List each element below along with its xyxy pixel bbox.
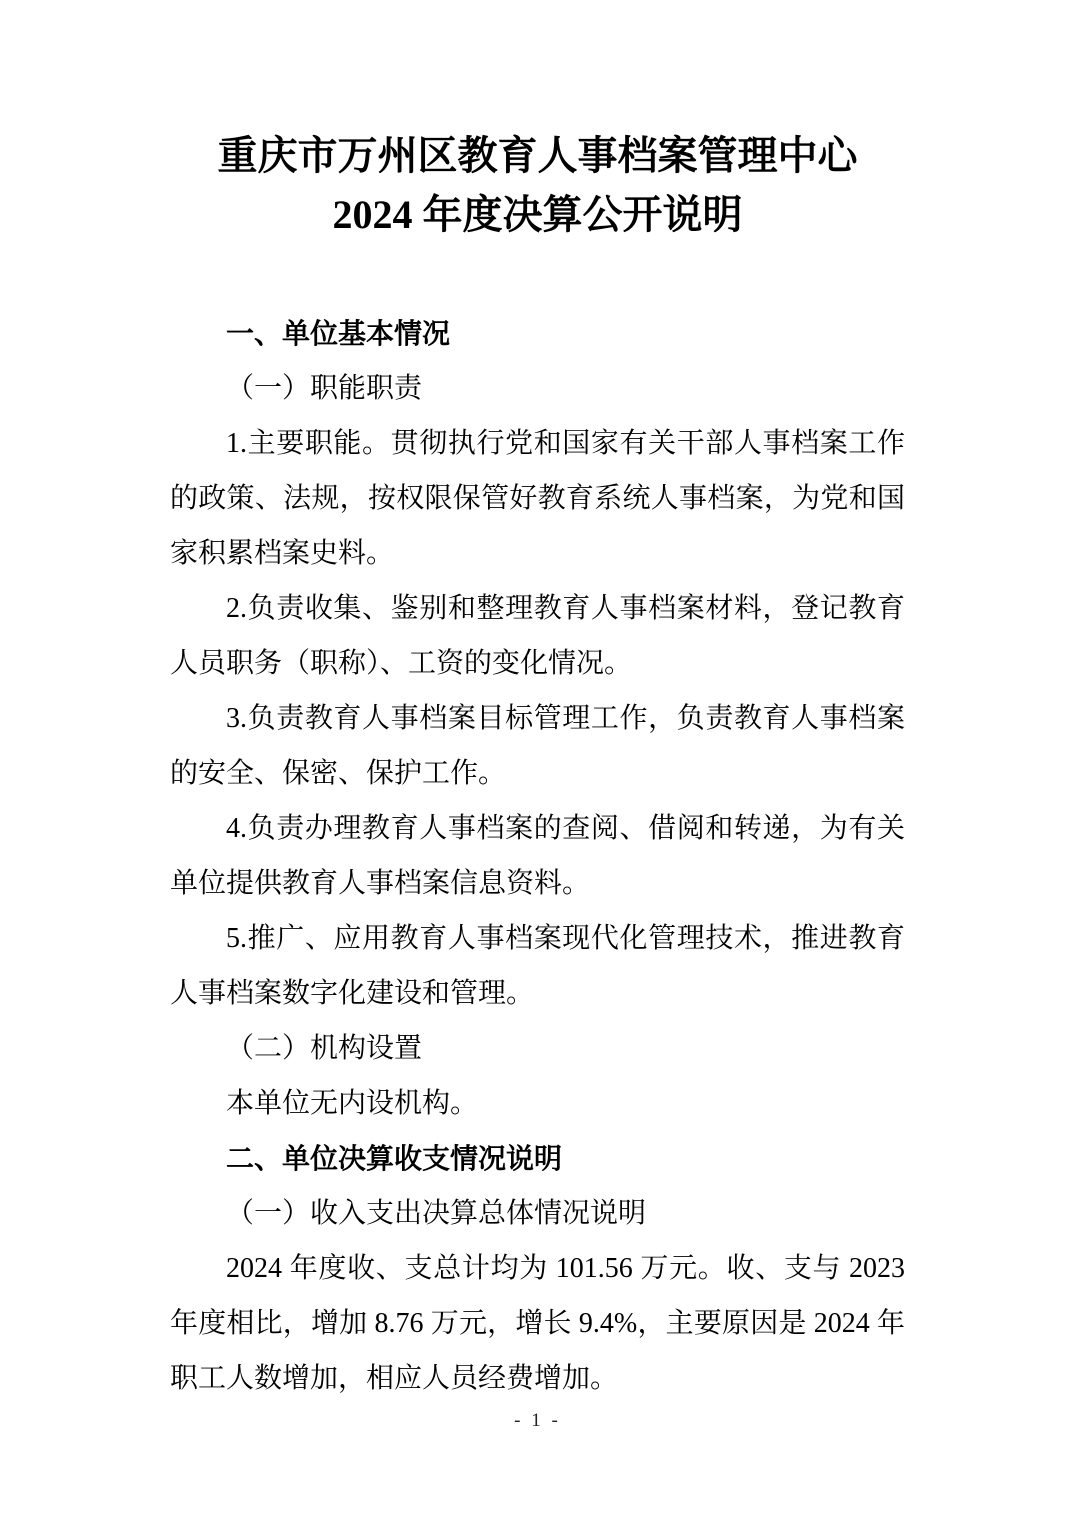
sub-heading-org-structure: （二）机构设置 bbox=[170, 1021, 905, 1076]
paragraph-org-structure: 本单位无内设机构。 bbox=[170, 1076, 905, 1131]
document-content: 重庆市万州区教育人事档案管理中心 2024 年度决算公开说明 一、单位基本情况 … bbox=[170, 0, 905, 1406]
section-heading-budget-statement: 二、单位决算收支情况说明 bbox=[170, 1131, 905, 1186]
paragraph-duty-5: 5.推广、应用教育人事档案现代化管理技术，推进教育人事档案数字化建设和管理。 bbox=[170, 911, 905, 1021]
document-title: 重庆市万州区教育人事档案管理中心 2024 年度决算公开说明 bbox=[170, 0, 905, 244]
paragraph-duty-4: 4.负责办理教育人事档案的查阅、借阅和转递，为有关单位提供教育人事档案信息资料。 bbox=[170, 801, 905, 911]
paragraph-duty-1: 1.主要职能。贯彻执行党和国家有关干部人事档案工作的政策、法规，按权限保管好教育… bbox=[170, 416, 905, 581]
sub-heading-functions-duties: （一）职能职责 bbox=[170, 361, 905, 416]
sub-heading-revenue-expenditure-overview: （一）收入支出决算总体情况说明 bbox=[170, 1186, 905, 1241]
document-body: 一、单位基本情况 （一）职能职责 1.主要职能。贯彻执行党和国家有关干部人事档案… bbox=[170, 306, 905, 1406]
document-title-line2: 2024 年度决算公开说明 bbox=[170, 185, 905, 244]
paragraph-duty-2: 2.负责收集、鉴别和整理教育人事档案材料，登记教育人员职务（职称）、工资的变化情… bbox=[170, 581, 905, 691]
document-title-line1: 重庆市万州区教育人事档案管理中心 bbox=[170, 126, 905, 185]
page-number: - 1 - bbox=[0, 1410, 1075, 1432]
section-heading-unit-basic-info: 一、单位基本情况 bbox=[170, 306, 905, 361]
paragraph-duty-3: 3.负责教育人事档案目标管理工作，负责教育人事档案的安全、保密、保护工作。 bbox=[170, 691, 905, 801]
paragraph-budget-summary: 2024 年度收、支总计均为 101.56 万元。收、支与 2023 年度相比，… bbox=[170, 1241, 905, 1406]
document-page: 重庆市万州区教育人事档案管理中心 2024 年度决算公开说明 一、单位基本情况 … bbox=[0, 0, 1075, 1520]
